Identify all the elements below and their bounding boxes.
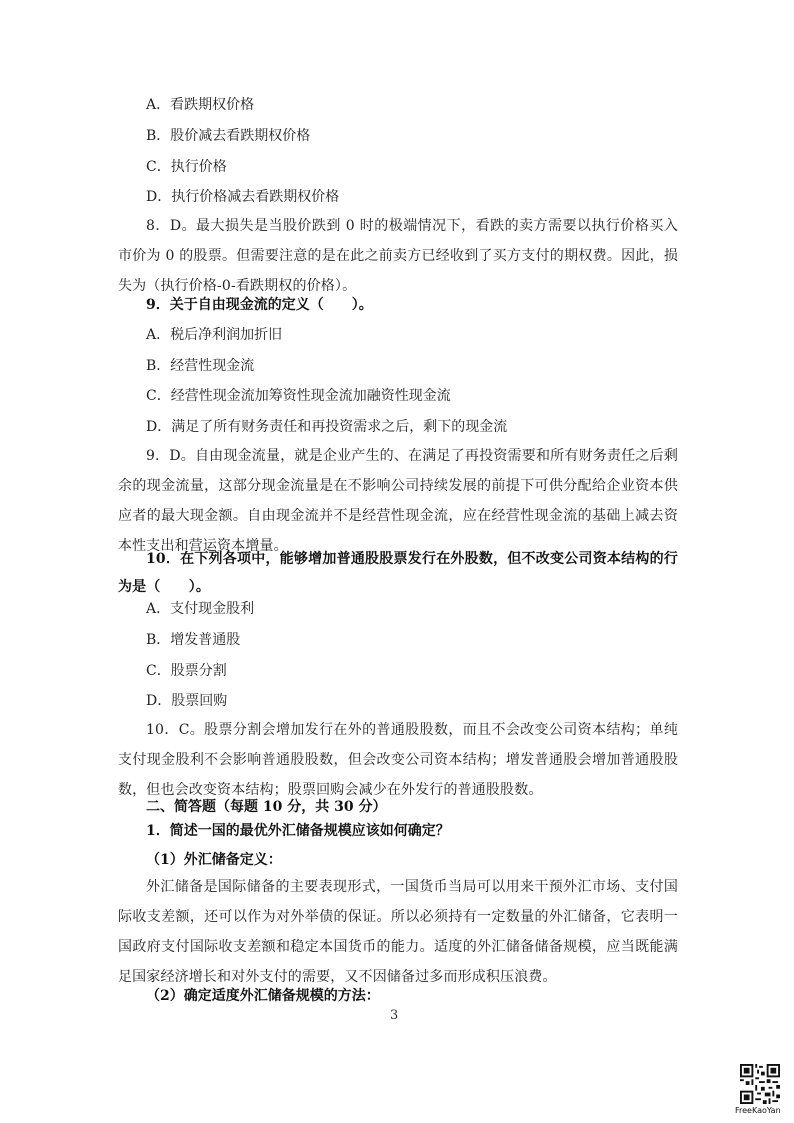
q9-option-b: B．经营性现金流	[146, 356, 254, 376]
q10-question: 10．在下列各项中，能够增加普通股股票发行在外股数，但不改变公司资本结构的行为是…	[118, 545, 678, 601]
q8-answer: 8．D。最大损失是当股价跌到 0 时的极端情况下，看跌的卖方需要以执行价格买入市…	[118, 211, 678, 301]
q10-answer: 10．C。股票分割会增加发行在外的普通股股数，而且不会改变公司资本结构；单纯支付…	[118, 715, 678, 805]
q8-option-b: B．股价减去看跌期权价格	[146, 126, 310, 146]
definition-paragraph: 外汇储备是国际储备的主要表现形式，一国货币当局可以用来干预外汇市场、支付国际收支…	[118, 872, 678, 992]
q10-option-d: D．股票回购	[146, 691, 227, 711]
q8-option-d: D．执行价格减去看跌期权价格	[146, 187, 339, 207]
subheading-method: （2）确定适度外汇储备规模的方法：	[146, 986, 380, 1006]
section-heading: 二、简答题（每题 10 分，共 30 分）	[146, 797, 386, 817]
qr-code-icon	[740, 1064, 780, 1104]
q9-option-c: C．经营性现金流加筹资性现金流加融资性现金流	[146, 386, 451, 406]
q8-option-a: A．看跌期权价格	[146, 95, 254, 115]
q9-option-a: A．税后净利润加折旧	[146, 325, 282, 345]
q10-option-a: A．支付现金股利	[146, 599, 254, 619]
q9-option-d: D．满足了所有财务责任和再投资需求之后，剩下的现金流	[146, 417, 507, 437]
page-number: 3	[390, 1008, 398, 1023]
q9-question: 9．关于自由现金流的定义（ ）。	[146, 295, 373, 315]
q9-answer: 9．D。自由现金流量，就是企业产生的、在满足了再投资需要和所有财务责任之后剩余的…	[118, 441, 678, 561]
q10-option-b: B．增发普通股	[146, 630, 240, 650]
subheading-definition: （1）外汇储备定义：	[146, 850, 282, 870]
q10-option-c: C．股票分割	[146, 661, 227, 681]
q8-option-c: C．执行价格	[146, 157, 227, 177]
short-answer-question-1: 1．简述一国的最优外汇储备规模应该如何确定？	[146, 821, 450, 841]
qr-label: FreeKaoYan	[735, 1106, 781, 1115]
document-page: A．看跌期权价格 B．股价减去看跌期权价格 C．执行价格 D．执行价格减去看跌期…	[0, 0, 794, 1123]
